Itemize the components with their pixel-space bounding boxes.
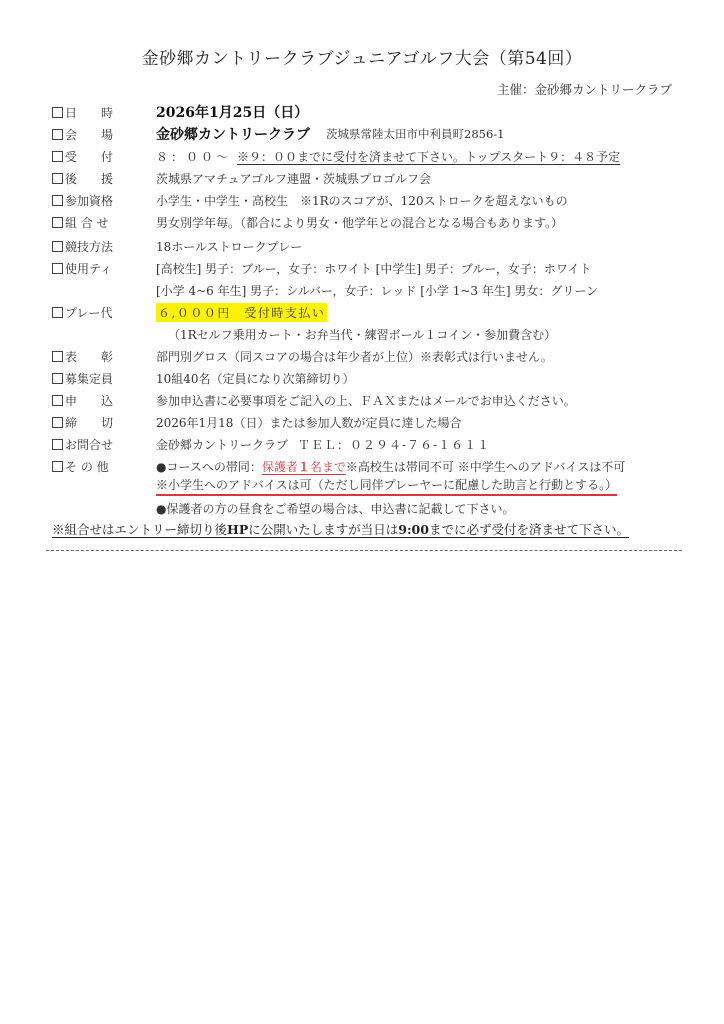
checkbox-icon [52,395,63,406]
row-awards: 表 彰 部門別グロス（同スコアの場合は年少者が上位）※表彰式は行いません。 [52,346,553,366]
row-support: 後 援 茨城県アマチュアゴルフ連盟・茨城県プロゴルフ会 [52,168,431,188]
pairing-value: 男女別学年毎。（都合により男女・他学年との混合となる場合もあります。） [156,214,563,231]
row-date: 日 時 2026年1月25日（日） [52,102,308,122]
tees-line-2: [小学 4~6 年生] 男子：シルバー，女子：レッド [小学 1~3 年生] 男… [156,282,598,299]
organizer: 主催：金砂郷カントリークラブ [497,80,672,98]
pairing-announcement-note: ※組合せはエントリー締切り後HPに公開いたしますが当日は9:00までに必ず受付を… [52,520,629,538]
checkbox-icon [52,439,63,450]
row-pairing: 組 合 せ 男女別学年毎。（都合により男女・他学年との混合となる場合もあります。… [52,212,563,232]
row-fee: プレー代 ６,０００円 受付時支払い [52,302,327,322]
row-label: 締 切 [52,414,156,431]
row-label: そ の 他 [52,458,156,475]
row-other-line-2: ※小学生へのアドバイスは可（ただし同伴プレーヤーに配慮した助言と行動とする。） [52,476,617,496]
fee-detail: （1Rセルフ乗用カート・お弁当代・練習ボール１コイン・参加費含む） [168,326,556,343]
checkbox-icon [52,263,63,274]
checkbox-icon [52,129,63,140]
row-label: 募集定員 [52,370,156,387]
awards-value: 部門別グロス（同スコアの場合は年少者が上位）※表彰式は行いません。 [156,348,553,365]
checkbox-icon [52,217,63,228]
row-label: 受 付 [52,148,156,165]
row-label: 後 援 [52,170,156,187]
row-tees-cont: [小学 4~6 年生] 男子：シルバー，女子：レッド [小学 1~3 年生] 男… [52,280,598,300]
row-tees: 使用ティ [高校生] 男子：ブルー，女子：ホワイト [中学生] 男子：ブルー，女… [52,258,592,278]
row-label: 参加資格 [52,192,156,209]
row-other: そ の 他 ●コースへの帯同： 保護者１名まで ※高校生は帯同不可 ※中学生への… [52,456,625,476]
contact-phone: ＴＥＬ：０２９４-７６-１６１１ [298,436,490,453]
row-label: 表 彰 [52,348,156,365]
cut-line-divider [46,550,682,551]
venue-address: 茨城県常陸太田市中利員町2856-1 [326,126,504,142]
row-deadline: 締 切 2026年1月18（日）または参加人数が定員に達した場合 [52,412,461,432]
checkbox-icon [52,373,63,384]
row-contact: お問合せ 金砂郷カントリークラブ ＴＥＬ：０２９４-７６-１６１１ [52,434,490,454]
checkbox-icon [52,195,63,206]
other-line-1-suffix: ※高校生は帯同不可 ※中学生へのアドバイスは不可 [346,458,625,475]
elementary-advice-note: ※小学生へのアドバイスは可（ただし同伴プレーヤーに配慮した助言と行動とする。） [156,476,617,496]
capacity-value: 10組40名（定員になり次第締切り） [156,370,355,387]
row-application: 申 込 参加申込書に必要事項をご記入の上、ＦＡＸまたはメールでお申込ください。 [52,390,576,410]
format-value: 18ホールストロークプレー [156,238,302,255]
row-label: 組 合 せ [52,214,156,231]
checkbox-icon [52,107,63,118]
checkbox-icon [52,351,63,362]
row-label: 会 場 [52,126,156,143]
row-label: 日 時 [52,104,156,121]
row-label: プレー代 [52,304,156,321]
row-eligibility: 参加資格 小学生・中学生・高校生 ※1Rのスコアが、120ストロークを超えないも… [52,190,568,210]
checkbox-icon [52,151,63,162]
row-other-line-3: ●保護者の方の昼食をご希望の場合は、申込書に記載して下さい。 [52,498,514,518]
row-reception: 受 付 ８：００～ ※９：００までに受付を済ませて下さい。トップスタート９：４８… [52,146,620,166]
checkbox-icon [52,307,63,318]
row-label: お問合せ [52,436,156,453]
event-date: 2026年1月25日（日） [156,102,308,122]
row-fee-detail: （1Rセルフ乗用カート・お弁当代・練習ボール１コイン・参加費含む） [52,324,556,344]
guardian-limit: 保護者１名まで [262,458,346,475]
fee-value: ６,０００円 受付時支払い [156,303,327,322]
row-format: 競技方法 18ホールストロークプレー [52,236,302,256]
guardian-lunch-note: ●保護者の方の昼食をご希望の場合は、申込書に記載して下さい。 [156,500,514,517]
row-venue: 会 場 金砂郷カントリークラブ 茨城県常陸太田市中利員町2856-1 [52,124,504,144]
contact-club: 金砂郷カントリークラブ [156,436,288,453]
row-capacity: 募集定員 10組40名（定員になり次第締切り） [52,368,355,388]
support-value: 茨城県アマチュアゴルフ連盟・茨城県プロゴルフ会 [156,170,431,187]
checkbox-icon [52,461,63,472]
row-label: 使用ティ [52,260,156,277]
checkbox-icon [52,417,63,428]
row-label: 競技方法 [52,238,156,255]
checkbox-icon [52,241,63,252]
document-title: 金砂郷カントリークラブジュニアゴルフ大会（第54回） [0,44,724,69]
reception-time: ８：００～ [156,148,231,165]
other-line-1-prefix: ●コースへの帯同： [156,458,262,475]
checkbox-icon [52,173,63,184]
application-value: 参加申込書に必要事項をご記入の上、ＦＡＸまたはメールでお申込ください。 [156,392,576,409]
eligibility-value: 小学生・中学生・高校生 ※1Rのスコアが、120ストロークを超えないもの [156,192,568,209]
venue-name: 金砂郷カントリークラブ [156,124,310,144]
reception-note: ※９：００までに受付を済ませて下さい。トップスタート９：４８予定 [237,148,620,165]
row-label: 申 込 [52,392,156,409]
deadline-value: 2026年1月18（日）または参加人数が定員に達した場合 [156,414,461,431]
tees-line-1: [高校生] 男子：ブルー，女子：ホワイト [中学生] 男子：ブルー，女子：ホワイ… [156,260,592,277]
